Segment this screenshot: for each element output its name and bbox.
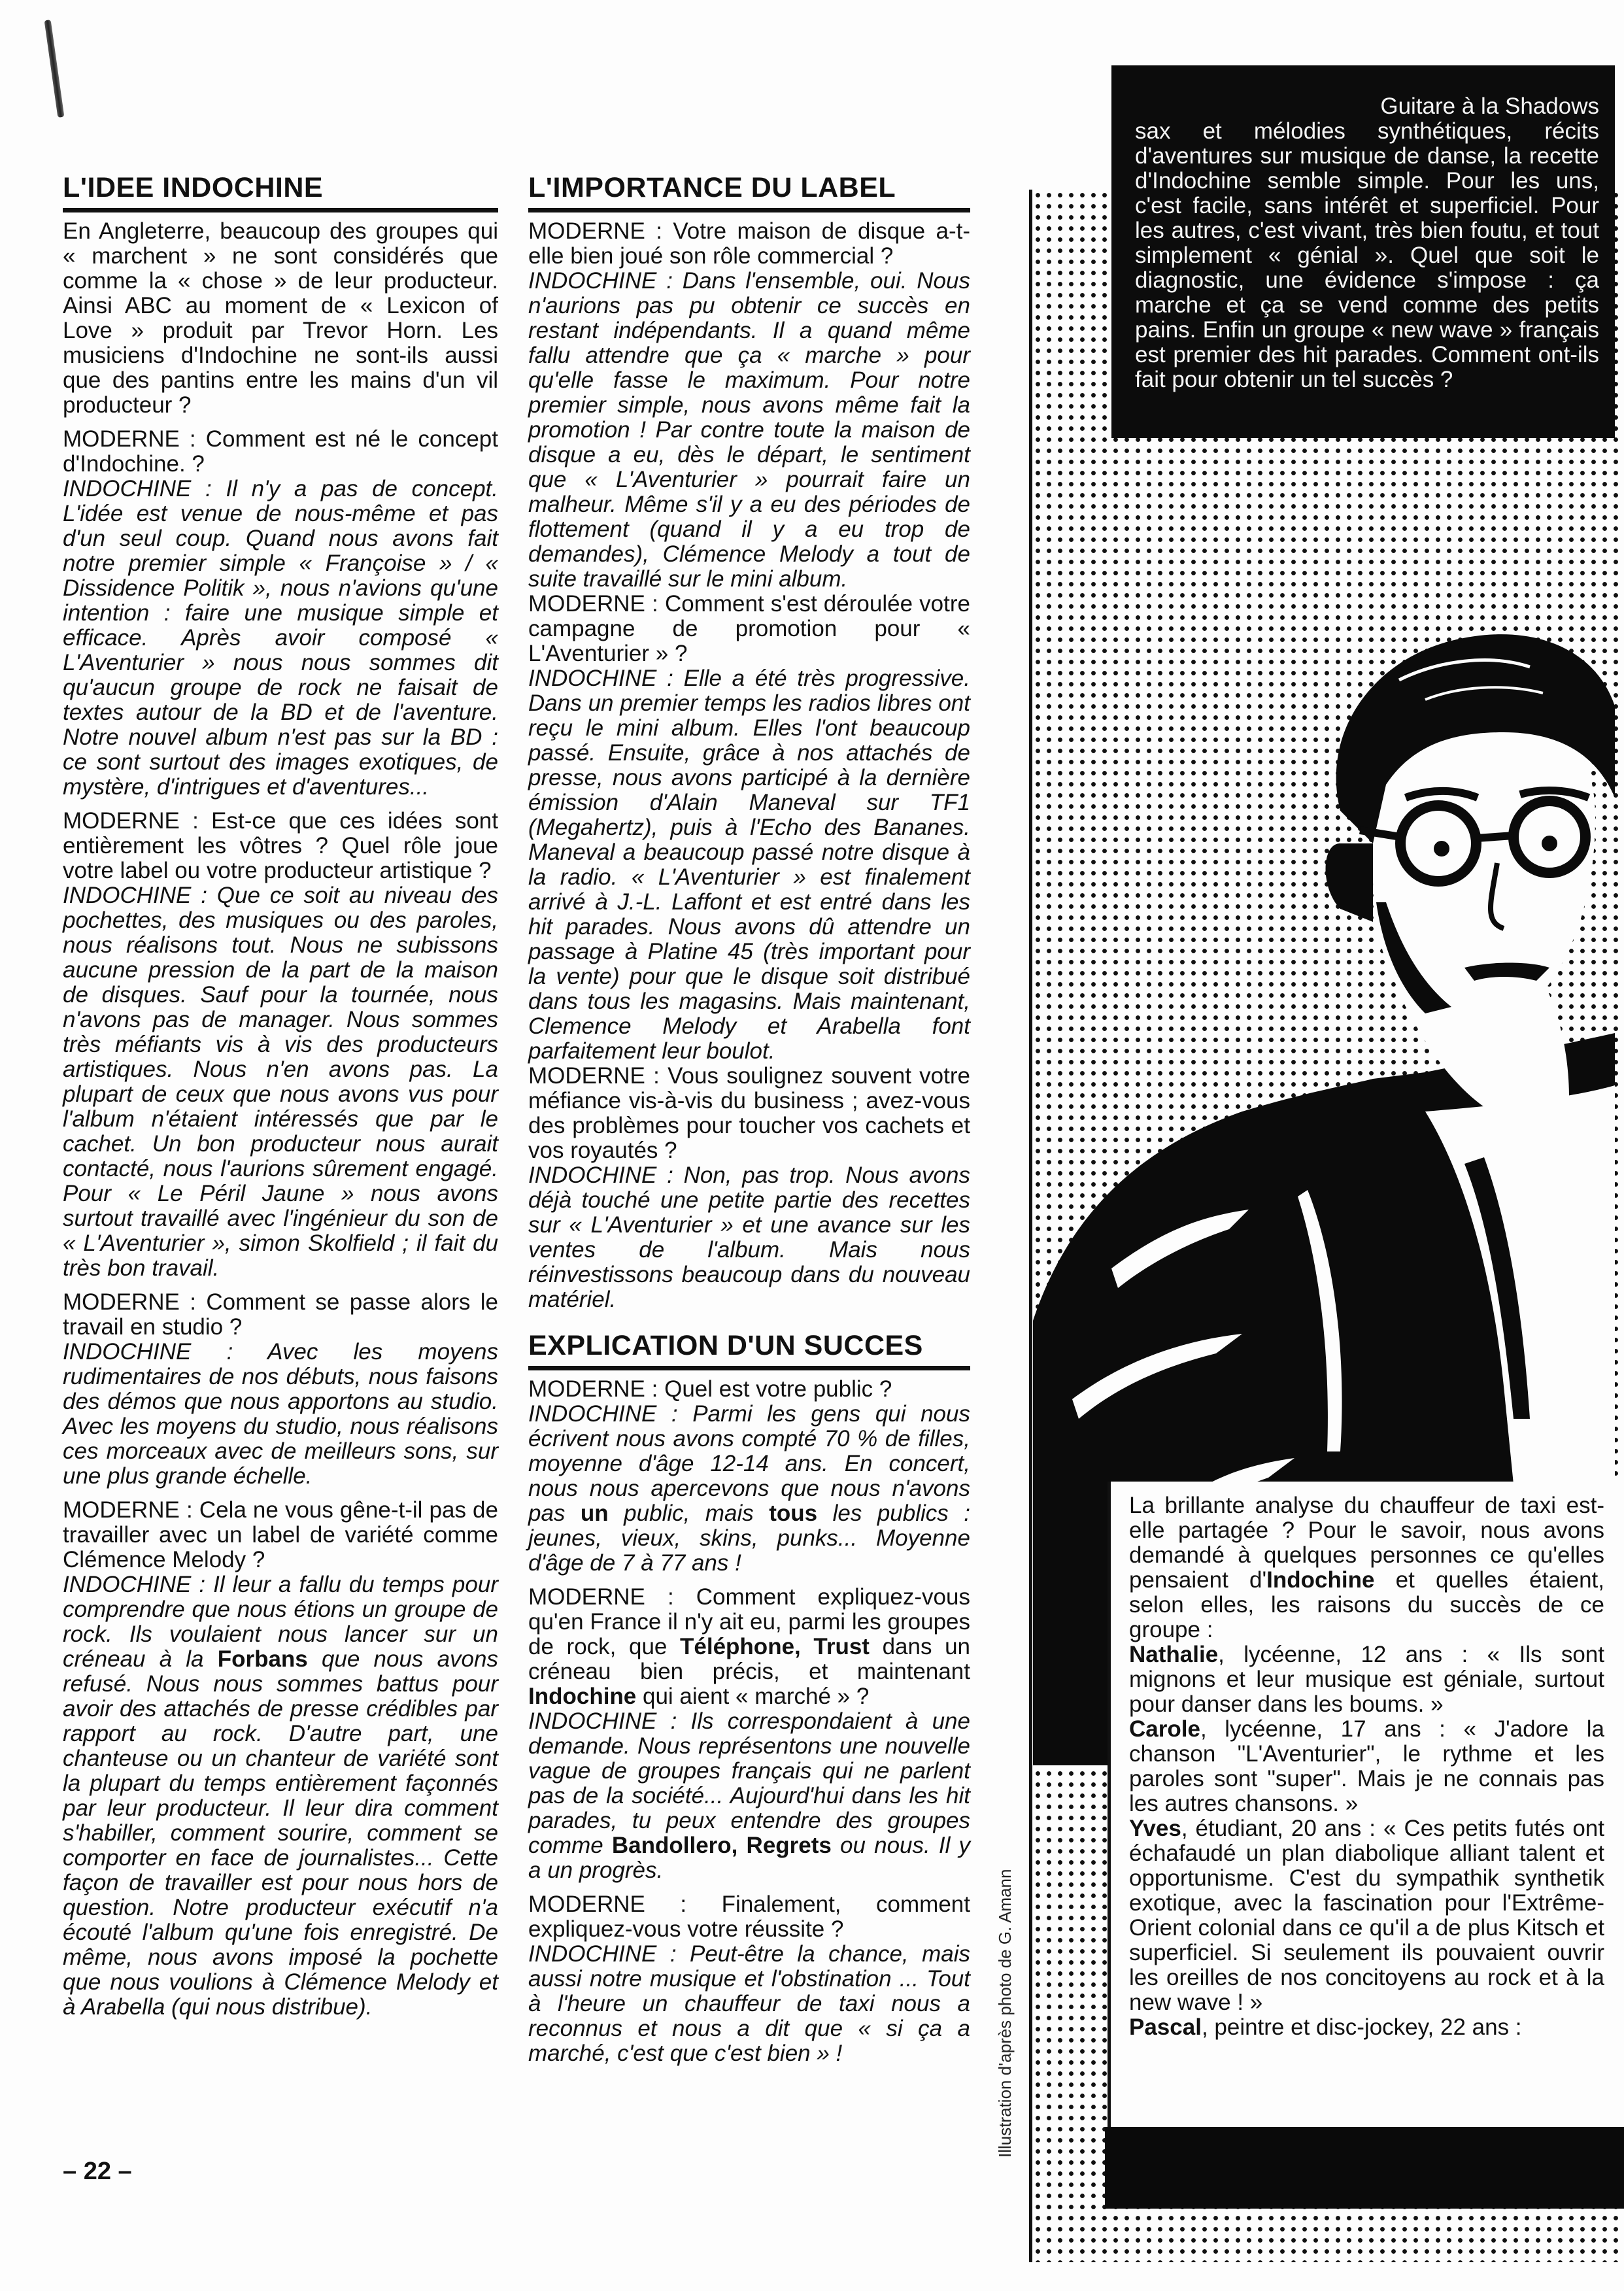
question-text: qui aient « marché » ? [636, 1684, 869, 1709]
question: MODERNE : Cela ne vous gêne-t-il pas de … [63, 1498, 498, 1572]
speaker-indochine: INDOCHINE : [528, 666, 673, 691]
survey-response: Carole, lycéenne, 17 ans : « J'adore la … [1129, 1717, 1604, 1816]
answer-text: Il n'y a pas de concept. L'idée est venu… [63, 476, 498, 800]
respondent-details: , lycéenne, 12 ans : [1218, 1642, 1487, 1667]
survey-box: La brillante analyse du chauffeur de tax… [1108, 1482, 1624, 2129]
heading-rule [528, 1366, 970, 1370]
answer-text: que nous avons refusé. Nous nous sommes … [63, 1646, 498, 2020]
survey-intro: La brillante analyse du chauffeur de tax… [1129, 1493, 1604, 1642]
speaker-moderne: MODERNE : [63, 426, 196, 452]
speaker-indochine: INDOCHINE : [528, 1401, 678, 1427]
answer: INDOCHINE : Avec les moyens rudimentaire… [63, 1340, 498, 1489]
speaker-indochine: INDOCHINE : [63, 883, 207, 908]
question: MODERNE : Comment est né le concept d'In… [63, 427, 498, 477]
emphasis-tous: tous [769, 1501, 817, 1526]
answer: INDOCHINE : Elle a été très progressive.… [528, 666, 970, 1064]
survey-response: Pascal, peintre et disc-jockey, 22 ans : [1129, 2015, 1604, 2040]
answer-text: public, mais [609, 1501, 770, 1526]
speaker-moderne: MODERNE : [528, 1376, 658, 1402]
speaker-indochine: INDOCHINE : [528, 268, 673, 294]
intro-body: sax et mélodies synthétiques, récits d'a… [1135, 119, 1599, 392]
question: MODERNE : Quel est votre public ? [528, 1377, 970, 1402]
section-heading-idee: L'IDEE INDOCHINE [63, 171, 498, 204]
staple-mark [44, 20, 65, 118]
answer-text: Elle a été très progressive. Dans un pre… [528, 666, 970, 1064]
speaker-indochine: INDOCHINE : [63, 1339, 233, 1365]
article-column-1: L'IDEE INDOCHINE En Angleterre, beaucoup… [63, 171, 498, 2020]
survey-response: Nathalie, lycéenne, 12 ans : « Ils sont … [1129, 1642, 1604, 1717]
photo-credit: Illustration d'après photo de G. Amann [995, 1869, 1015, 2158]
speaker-moderne: MODERNE : [528, 591, 658, 617]
article-column-2: L'IMPORTANCE DU LABEL MODERNE : Votre ma… [528, 171, 970, 2066]
question: MODERNE : Est-ce que ces idées sont enti… [63, 809, 498, 883]
illustration-bottom-band [1105, 2127, 1624, 2209]
answer: INDOCHINE : Que ce soit au niveau des po… [63, 883, 498, 1281]
speaker-moderne: MODERNE : [63, 1497, 193, 1523]
speaker-moderne: MODERNE : [528, 1892, 686, 1917]
question: MODERNE : Comment s'est déroulée votre c… [528, 592, 970, 666]
speaker-indochine: INDOCHINE : [528, 1162, 673, 1188]
answer: INDOCHINE : Parmi les gens qui nous écri… [528, 1402, 970, 1576]
speaker-moderne: MODERNE : [63, 808, 199, 834]
heading-rule [63, 208, 498, 212]
respondent-details: , peintre et disc-jockey, 22 ans : [1202, 2014, 1522, 2040]
speaker-indochine: INDOCHINE : [528, 1708, 677, 1734]
question-text: Quel est votre public ? [664, 1376, 892, 1402]
answer: INDOCHINE : Peut-être la chance, mais au… [528, 1942, 970, 2066]
emphasis-un: un [581, 1501, 609, 1526]
respondent-quote: « Ces petits futés ont échafaudé un plan… [1129, 1816, 1604, 2015]
band-name-indochine: Indochine [1266, 1567, 1374, 1593]
answer: INDOCHINE : Ils correspondaient à une de… [528, 1709, 970, 1883]
speaker-moderne: MODERNE : [63, 1289, 196, 1315]
intro-box: Guitare à la Shadows sax et mélodies syn… [1111, 65, 1615, 438]
section-heading-succes: EXPLICATION D'UN SUCCES [528, 1329, 970, 1362]
respondent-name: Carole [1129, 1716, 1200, 1742]
speaker-moderne: MODERNE : [528, 1584, 674, 1610]
section-lead: En Angleterre, beaucoup des groupes qui … [63, 219, 498, 418]
respondent-name: Nathalie [1129, 1642, 1218, 1667]
answer: INDOCHINE : Dans l'ensemble, oui. Nous n… [528, 269, 970, 592]
answer-text: Dans l'ensemble, oui. Nous n'aurions pas… [528, 268, 970, 592]
respondent-details: , étudiant, 20 ans : [1181, 1816, 1383, 1841]
answer-text: Que ce soit au niveau des pochettes, des… [63, 883, 498, 1281]
question: MODERNE : Comment se passe alors le trav… [63, 1290, 498, 1340]
question: MODERNE : Comment expliquez-vous qu'en F… [528, 1585, 970, 1709]
question: MODERNE : Votre maison de disque a-t-ell… [528, 219, 970, 269]
heading-rule [528, 208, 970, 212]
band-name-forbans: Forbans [218, 1646, 308, 1672]
answer: INDOCHINE : Il leur a fallu du temps pou… [63, 1572, 498, 2020]
question: MODERNE : Finalement, comment expliquez-… [528, 1892, 970, 1942]
page-number: – 22 – [63, 2158, 132, 2186]
speaker-indochine: INDOCHINE : [528, 1941, 677, 1967]
speaker-indochine: INDOCHINE : [63, 476, 212, 501]
answer: INDOCHINE : Il n'y a pas de concept. L'i… [63, 477, 498, 800]
band-names-telephone-trust: Téléphone, Trust [680, 1634, 870, 1659]
question: MODERNE : Vous soulignez souvent votre m… [528, 1064, 970, 1163]
speaker-moderne: MODERNE : [528, 218, 662, 244]
band-name-indochine: Indochine [528, 1684, 636, 1709]
intro-first-line: Guitare à la Shadows [1135, 94, 1599, 119]
section-heading-label: L'IMPORTANCE DU LABEL [528, 171, 970, 204]
band-names-bandollero-regrets: Bandollero, Regrets [612, 1833, 832, 1858]
answer: INDOCHINE : Non, pas trop. Nous avons dé… [528, 1163, 970, 1312]
respondent-name: Pascal [1129, 2014, 1202, 2040]
speaker-moderne: MODERNE : [528, 1063, 660, 1089]
respondent-name: Yves [1129, 1816, 1181, 1841]
survey-response: Yves, étudiant, 20 ans : « Ces petits fu… [1129, 1816, 1604, 2015]
speaker-indochine: INDOCHINE : [63, 1572, 205, 1597]
respondent-details: , lycéenne, 17 ans : [1200, 1716, 1464, 1742]
